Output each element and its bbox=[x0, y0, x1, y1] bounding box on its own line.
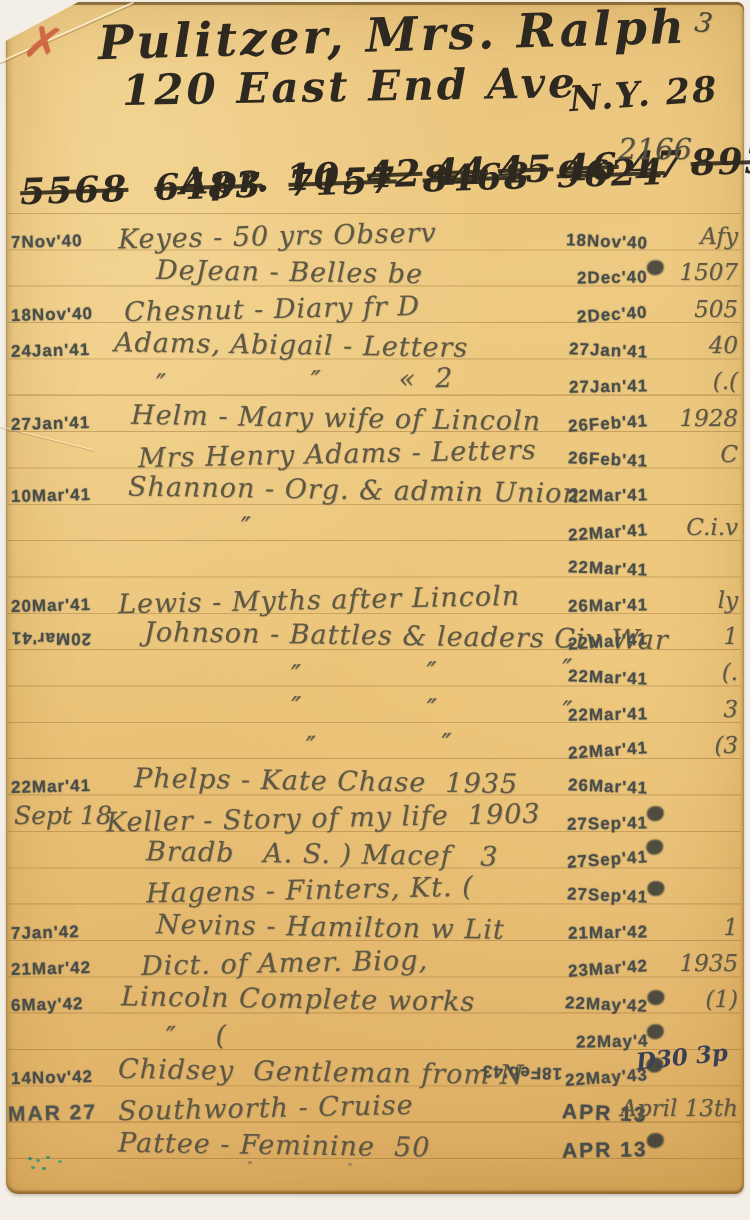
green-specks bbox=[28, 1157, 32, 1160]
entry-text: Phelps - Kate Chase 1935 bbox=[134, 762, 519, 802]
torn-corner bbox=[0, 0, 82, 44]
entry-text: Southworth - Cruise bbox=[118, 1089, 414, 1129]
ledger-row: 6May'42 Lincoln Complete works 22May'42 … bbox=[6, 979, 744, 1015]
entry-text: Pattee - Feminine 50 bbox=[118, 1126, 431, 1165]
ledger-row: ″ 22Mar'41 C.i.v bbox=[6, 507, 744, 543]
scanned-library-card: ✗ Pulitzer, Mrs. Ralph 3 120 East End Av… bbox=[0, 0, 750, 1220]
ledger-row: 20Mar'41 Johnson - Battles & leaders Civ… bbox=[6, 616, 744, 652]
entry-text: Keyes - 50 yrs Observ bbox=[118, 217, 437, 258]
entry-text: ″ ″ ″ bbox=[291, 653, 574, 693]
ledger-row: 21Mar'42 Dict. of Amer. Biog, 23Mar'42 1… bbox=[6, 943, 744, 979]
ledger-row: 24Jan'41 Adams, Abigail - Letters 27Jan'… bbox=[6, 325, 744, 361]
entry-annotation: 505 bbox=[694, 295, 738, 325]
ledger-row: 7Nov'40 Keyes - 50 yrs Observ 18Nov'40 A… bbox=[6, 216, 744, 252]
date-stamp-right-flipped: 18Feb'43 bbox=[481, 1053, 562, 1092]
ledger-row: ″ ″ « 2 27Jan'41 (.( bbox=[6, 361, 744, 397]
ledger-entries: 7Nov'40 Keyes - 50 yrs Observ 18Nov'40 A… bbox=[6, 2, 744, 1194]
ledger-row: DeJean - Belles be 2Dec'40 1507 bbox=[6, 252, 744, 288]
entry-text: Bradb A. S. ) Macef 3 bbox=[146, 835, 499, 875]
entry-text: Nevins - Hamilton w Lit bbox=[156, 908, 505, 947]
entry-text: DeJean - Belles be bbox=[156, 254, 423, 292]
entry-annotation: (. bbox=[722, 658, 738, 688]
entry-text: ″ bbox=[241, 511, 253, 545]
entry-annotation: 40 bbox=[709, 331, 738, 361]
ledger-row: 10Mar'41 Shannon - Org. & admin Union 22… bbox=[6, 470, 744, 506]
entry-text: ″ ″ « 2 bbox=[156, 362, 454, 402]
entry-text: ″ ( bbox=[166, 1019, 228, 1054]
ledger-row: 27Jan'41 Helm - Mary wife of Lincoln 26F… bbox=[6, 398, 744, 434]
entry-annotation: C bbox=[720, 440, 738, 470]
ledger-row: ″ ″ 22Mar'41 (3 bbox=[6, 725, 744, 761]
entry-annotation: 1 bbox=[723, 622, 738, 652]
date-stamp-right: APR 13 bbox=[562, 1132, 648, 1169]
entry-annotation: April 13th bbox=[620, 1094, 738, 1124]
entry-text: Dict. of Amer. Biog, bbox=[141, 944, 429, 984]
entry-annotation: Afy bbox=[700, 222, 738, 252]
entry-annotation: 3 bbox=[723, 695, 738, 725]
entry-annotation: C.i.v bbox=[686, 513, 738, 543]
date-stamp-left: 20Mar'41 bbox=[11, 619, 92, 656]
card-paper: ✗ Pulitzer, Mrs. Ralph 3 120 East End Av… bbox=[6, 2, 744, 1194]
entry-annotation: 1935 bbox=[679, 949, 738, 979]
ledger-row: MAR 27 Southworth - Cruise APR 13 April … bbox=[6, 1088, 744, 1124]
entry-text: Chidsey Gentleman from N bbox=[118, 1053, 525, 1093]
entry-text: Adams, Abigail - Letters bbox=[114, 326, 469, 366]
entry-text: Helm - Mary wife of Lincoln bbox=[131, 399, 542, 439]
ledger-row: Mrs Henry Adams - Letters 26Feb'41 C bbox=[6, 434, 744, 470]
ledger-row: Hagens - Finters, Kt. ( 27Sep'41 bbox=[6, 870, 744, 906]
ledger-row: Bradb A. S. ) Macef 3 27Sep'41 bbox=[6, 834, 744, 870]
ledger-row: 22Mar'41 Phelps - Kate Chase 1935 26Mar'… bbox=[6, 761, 744, 797]
ledger-row: ″ ″ ″ 22Mar'41 3 bbox=[6, 689, 744, 725]
entry-text: ″ ″ ″ bbox=[291, 690, 574, 728]
entry-text: ″ ″ bbox=[306, 727, 453, 764]
ledger-row: 18Nov'40 Chesnut - Diary fr D 2Dec'40 50… bbox=[6, 289, 744, 325]
entry-text: Hagens - Finters, Kt. ( bbox=[146, 871, 474, 912]
ledger-row: Sept 18 Keller - Story of my life 1903 2… bbox=[6, 798, 744, 834]
ledger-row: 14Nov'42 Chidsey Gentleman from N 18Feb'… bbox=[6, 1052, 744, 1088]
entry-text: Chesnut - Diary fr D bbox=[124, 290, 421, 330]
handwritten-date-left: Sept 18 bbox=[14, 798, 112, 834]
entry-annotation: (1) bbox=[705, 985, 738, 1015]
ledger-row: 22Mar'41 bbox=[6, 543, 744, 579]
entry-annotation: (3 bbox=[714, 731, 738, 761]
ledger-row: 20Mar'41 Lewis - Myths after Lincoln 26M… bbox=[6, 580, 744, 616]
entry-annotation: ly bbox=[718, 586, 738, 616]
ledger-row: Pattee - Feminine 50 APR 13 bbox=[6, 1125, 744, 1161]
entry-annotation: 1928 bbox=[679, 404, 738, 434]
entry-text: Lincoln Complete works bbox=[121, 981, 476, 1021]
ledger-row: ″ ″ ″ 22Mar'41 (. bbox=[6, 652, 744, 688]
entry-annotation: 1507 bbox=[679, 258, 738, 288]
entry-annotation: (.( bbox=[713, 367, 738, 397]
ledger-row: 7Jan'42 Nevins - Hamilton w Lit 21Mar'42… bbox=[6, 907, 744, 943]
entry-annotation: 1 bbox=[723, 913, 738, 943]
ledger-row: ″ ( 22May'4 bbox=[6, 1016, 744, 1052]
